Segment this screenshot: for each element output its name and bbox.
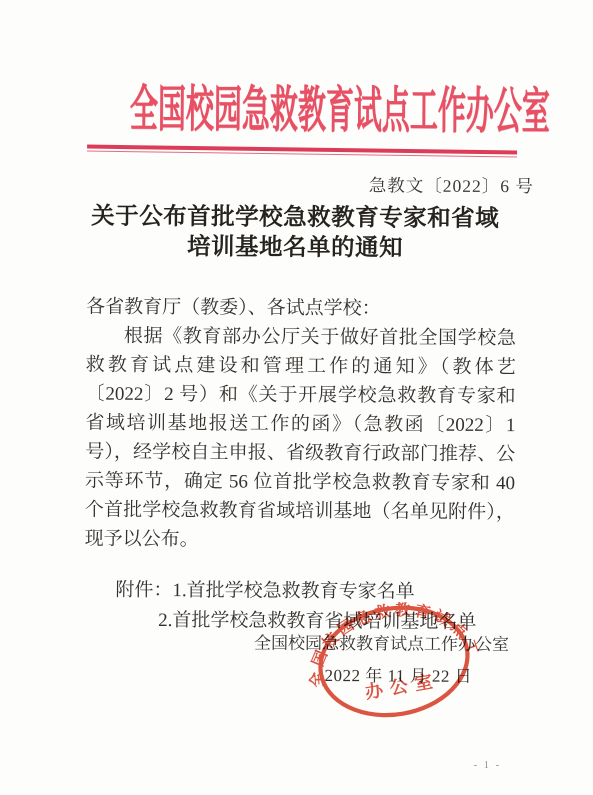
page-number: - 1 - [457,760,517,771]
scan-content: 全国校园急救教育试点工作办公室 急教文〔2022〕6 号 关于公布首批学校急救教… [0,0,593,795]
attachment-1-text: 1.首批学校急救教育专家名单 [172,580,414,602]
notice-title-line1: 关于公布首批学校急救教育专家和省域 [0,201,592,235]
masthead-divider-rule [87,145,517,155]
scanned-notice-page: 全国校园急救教育试点工作办公室 急教文〔2022〕6 号 关于公布首批学校急救教… [0,0,593,795]
notice-title-line2: 培训基地名单的通知 [0,231,592,265]
notice-body: 各省教育厅（教委）、各试点学校： 根据《教育部办公厅关于做好首批全国学校急救教育… [84,293,516,639]
issuing-office-signature: 全国校园急救教育试点工作办公室 [254,632,509,658]
notice-title: 关于公布首批学校急救教育专家和省域 培训基地名单的通知 [0,201,592,265]
document-number: 急教文〔2022〕6 号 [369,172,534,198]
attachment-item-1: 附件：1.首批学校急救教育专家名单 [84,576,514,609]
salutation: 各省教育厅（教委）、各试点学校： [86,293,516,325]
attachments-list: 附件：1.首批学校急救教育专家名单 2.首批学校急救教育省域培训基地名单 [84,576,514,639]
issue-date: 2022 年 11 月 22 日 [254,664,509,690]
body-paragraph: 根据《教育部办公厅关于做好首批全国学校急救教育试点建设和管理工作的通知》（教体艺… [85,322,516,557]
attachments-label: 附件： [115,580,172,601]
signature-block: 全国校园急救教育试点工作办公室 2022 年 11 月 22 日 [254,632,509,690]
issuing-office-masthead: 全国校园急救教育试点工作办公室 [130,83,462,137]
